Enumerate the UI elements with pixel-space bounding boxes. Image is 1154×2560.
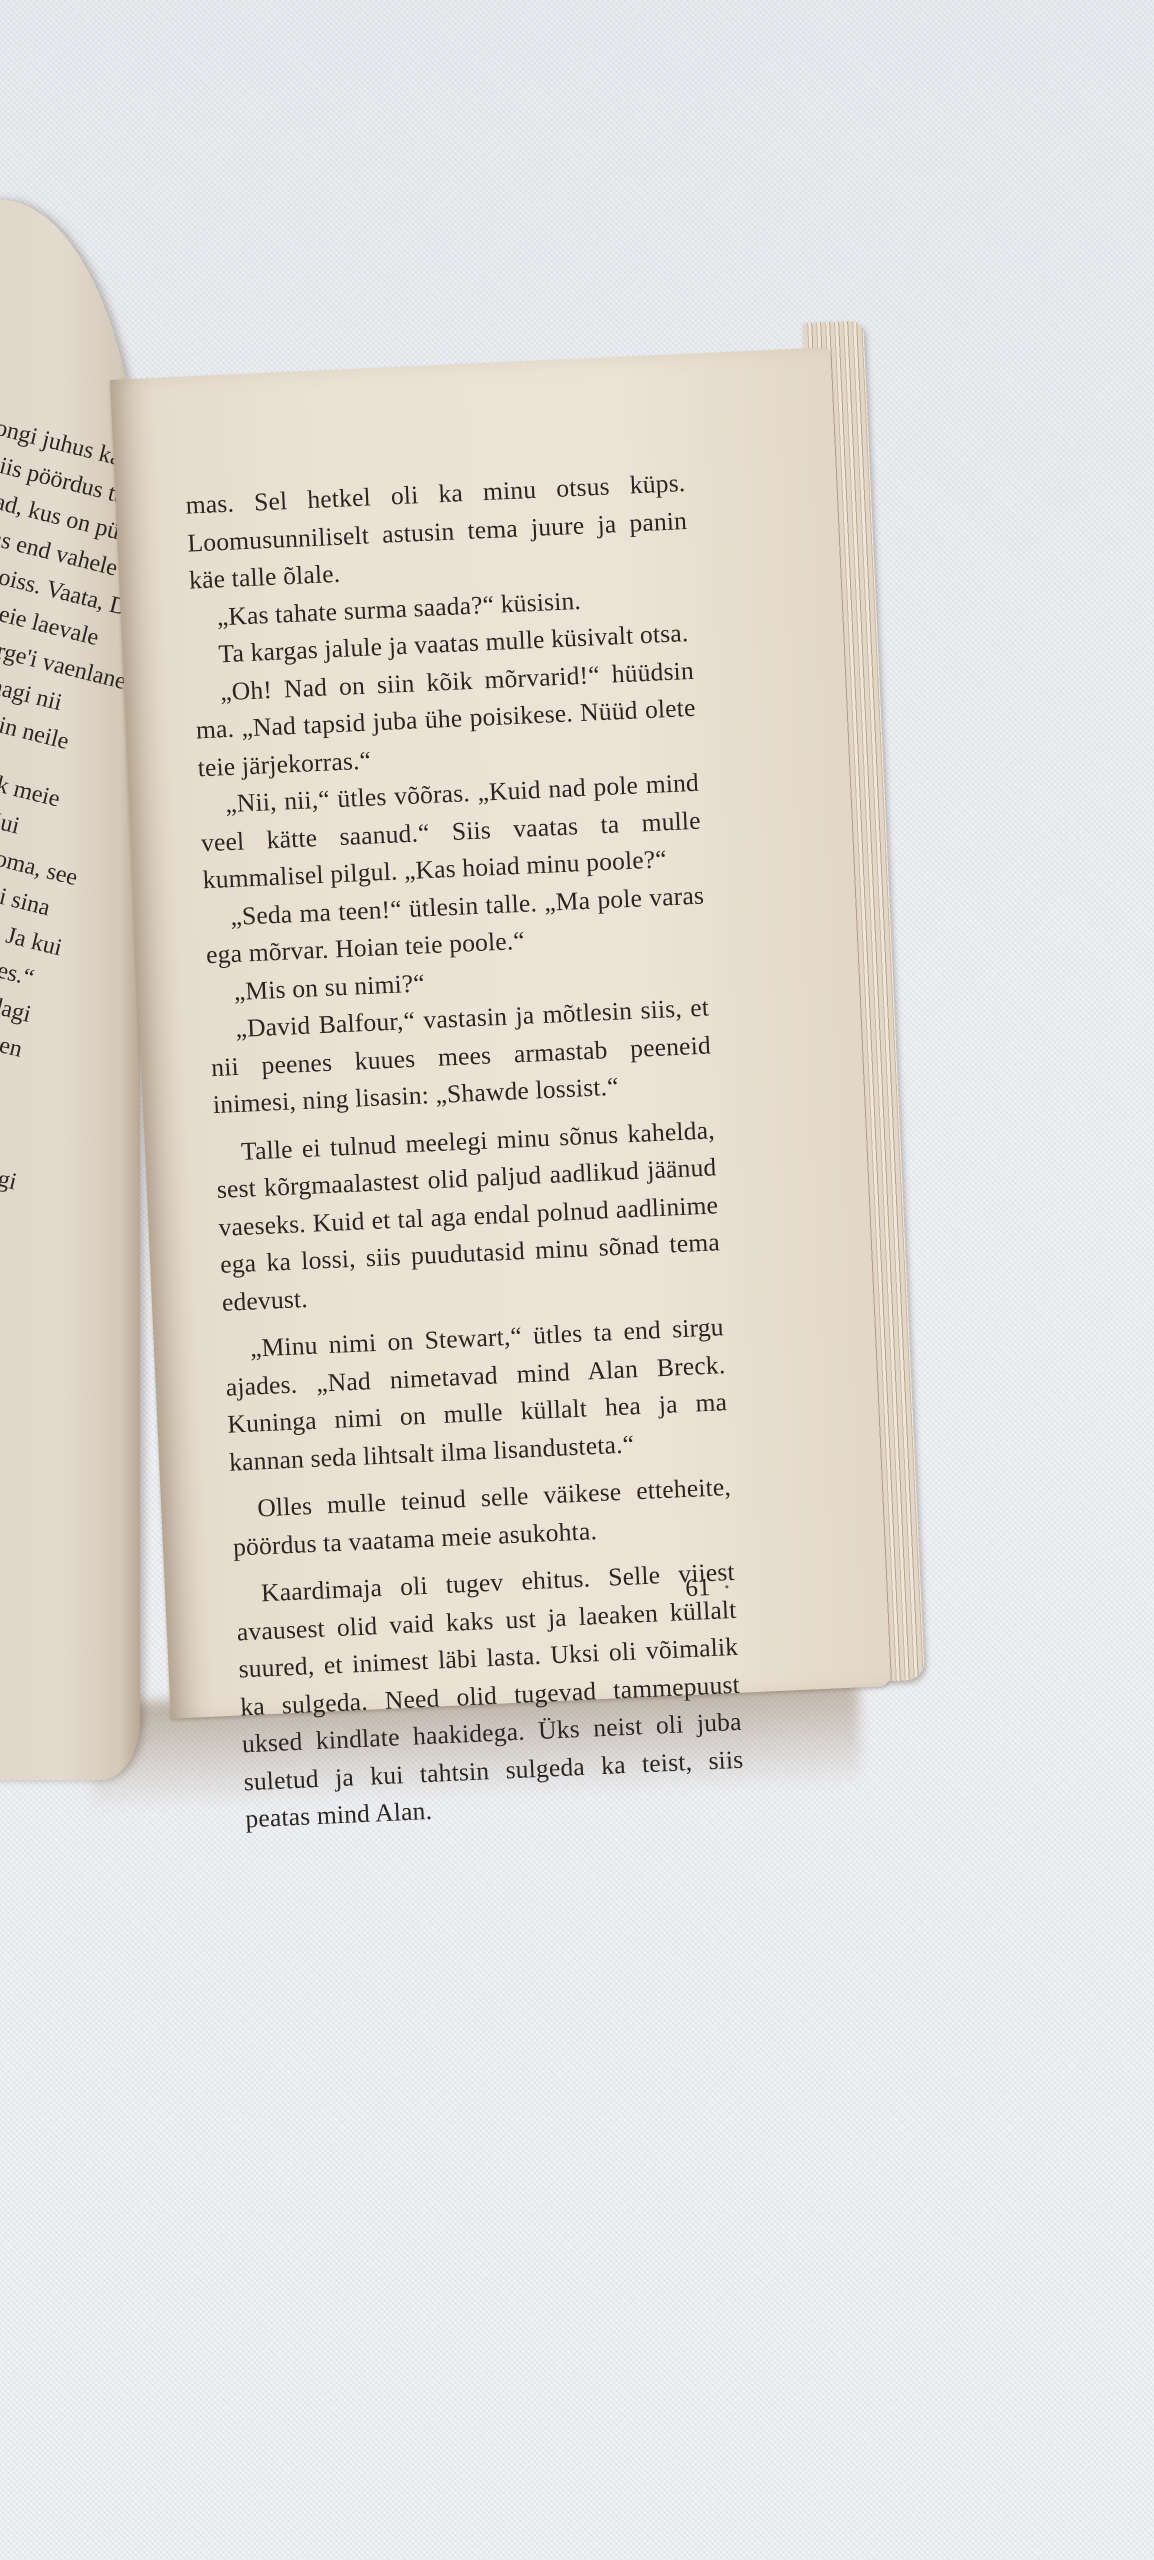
- paragraph: „Nii, nii,“ ütles võõras. „Kuid nad pole…: [199, 764, 704, 899]
- paragraph: Olles mulle teinud selle väikese ettehei…: [231, 1468, 734, 1566]
- open-book-right: mas. Sel hetkel oli ka minu otsus küps. …: [110, 343, 991, 1739]
- paragraph: Talle ei tulnud meelegi minu sõnus kahel…: [214, 1111, 722, 1321]
- paper-speck: [725, 1585, 728, 1588]
- paragraph: „David Balfour,“ vastasin ja mõtlesin si…: [209, 988, 714, 1123]
- page-body-text: mas. Sel hetkel oli ka minu otsus küps. …: [185, 464, 746, 1838]
- paragraph: Kaardimaja oli tugev ehitus. Selle viies…: [234, 1553, 745, 1838]
- paragraph: „Minu nimi on Stewart,“ ütles ta end sir…: [223, 1308, 729, 1481]
- page-number: 61: [685, 1574, 711, 1603]
- right-page: mas. Sel hetkel oli ka minu otsus küps. …: [110, 347, 890, 1718]
